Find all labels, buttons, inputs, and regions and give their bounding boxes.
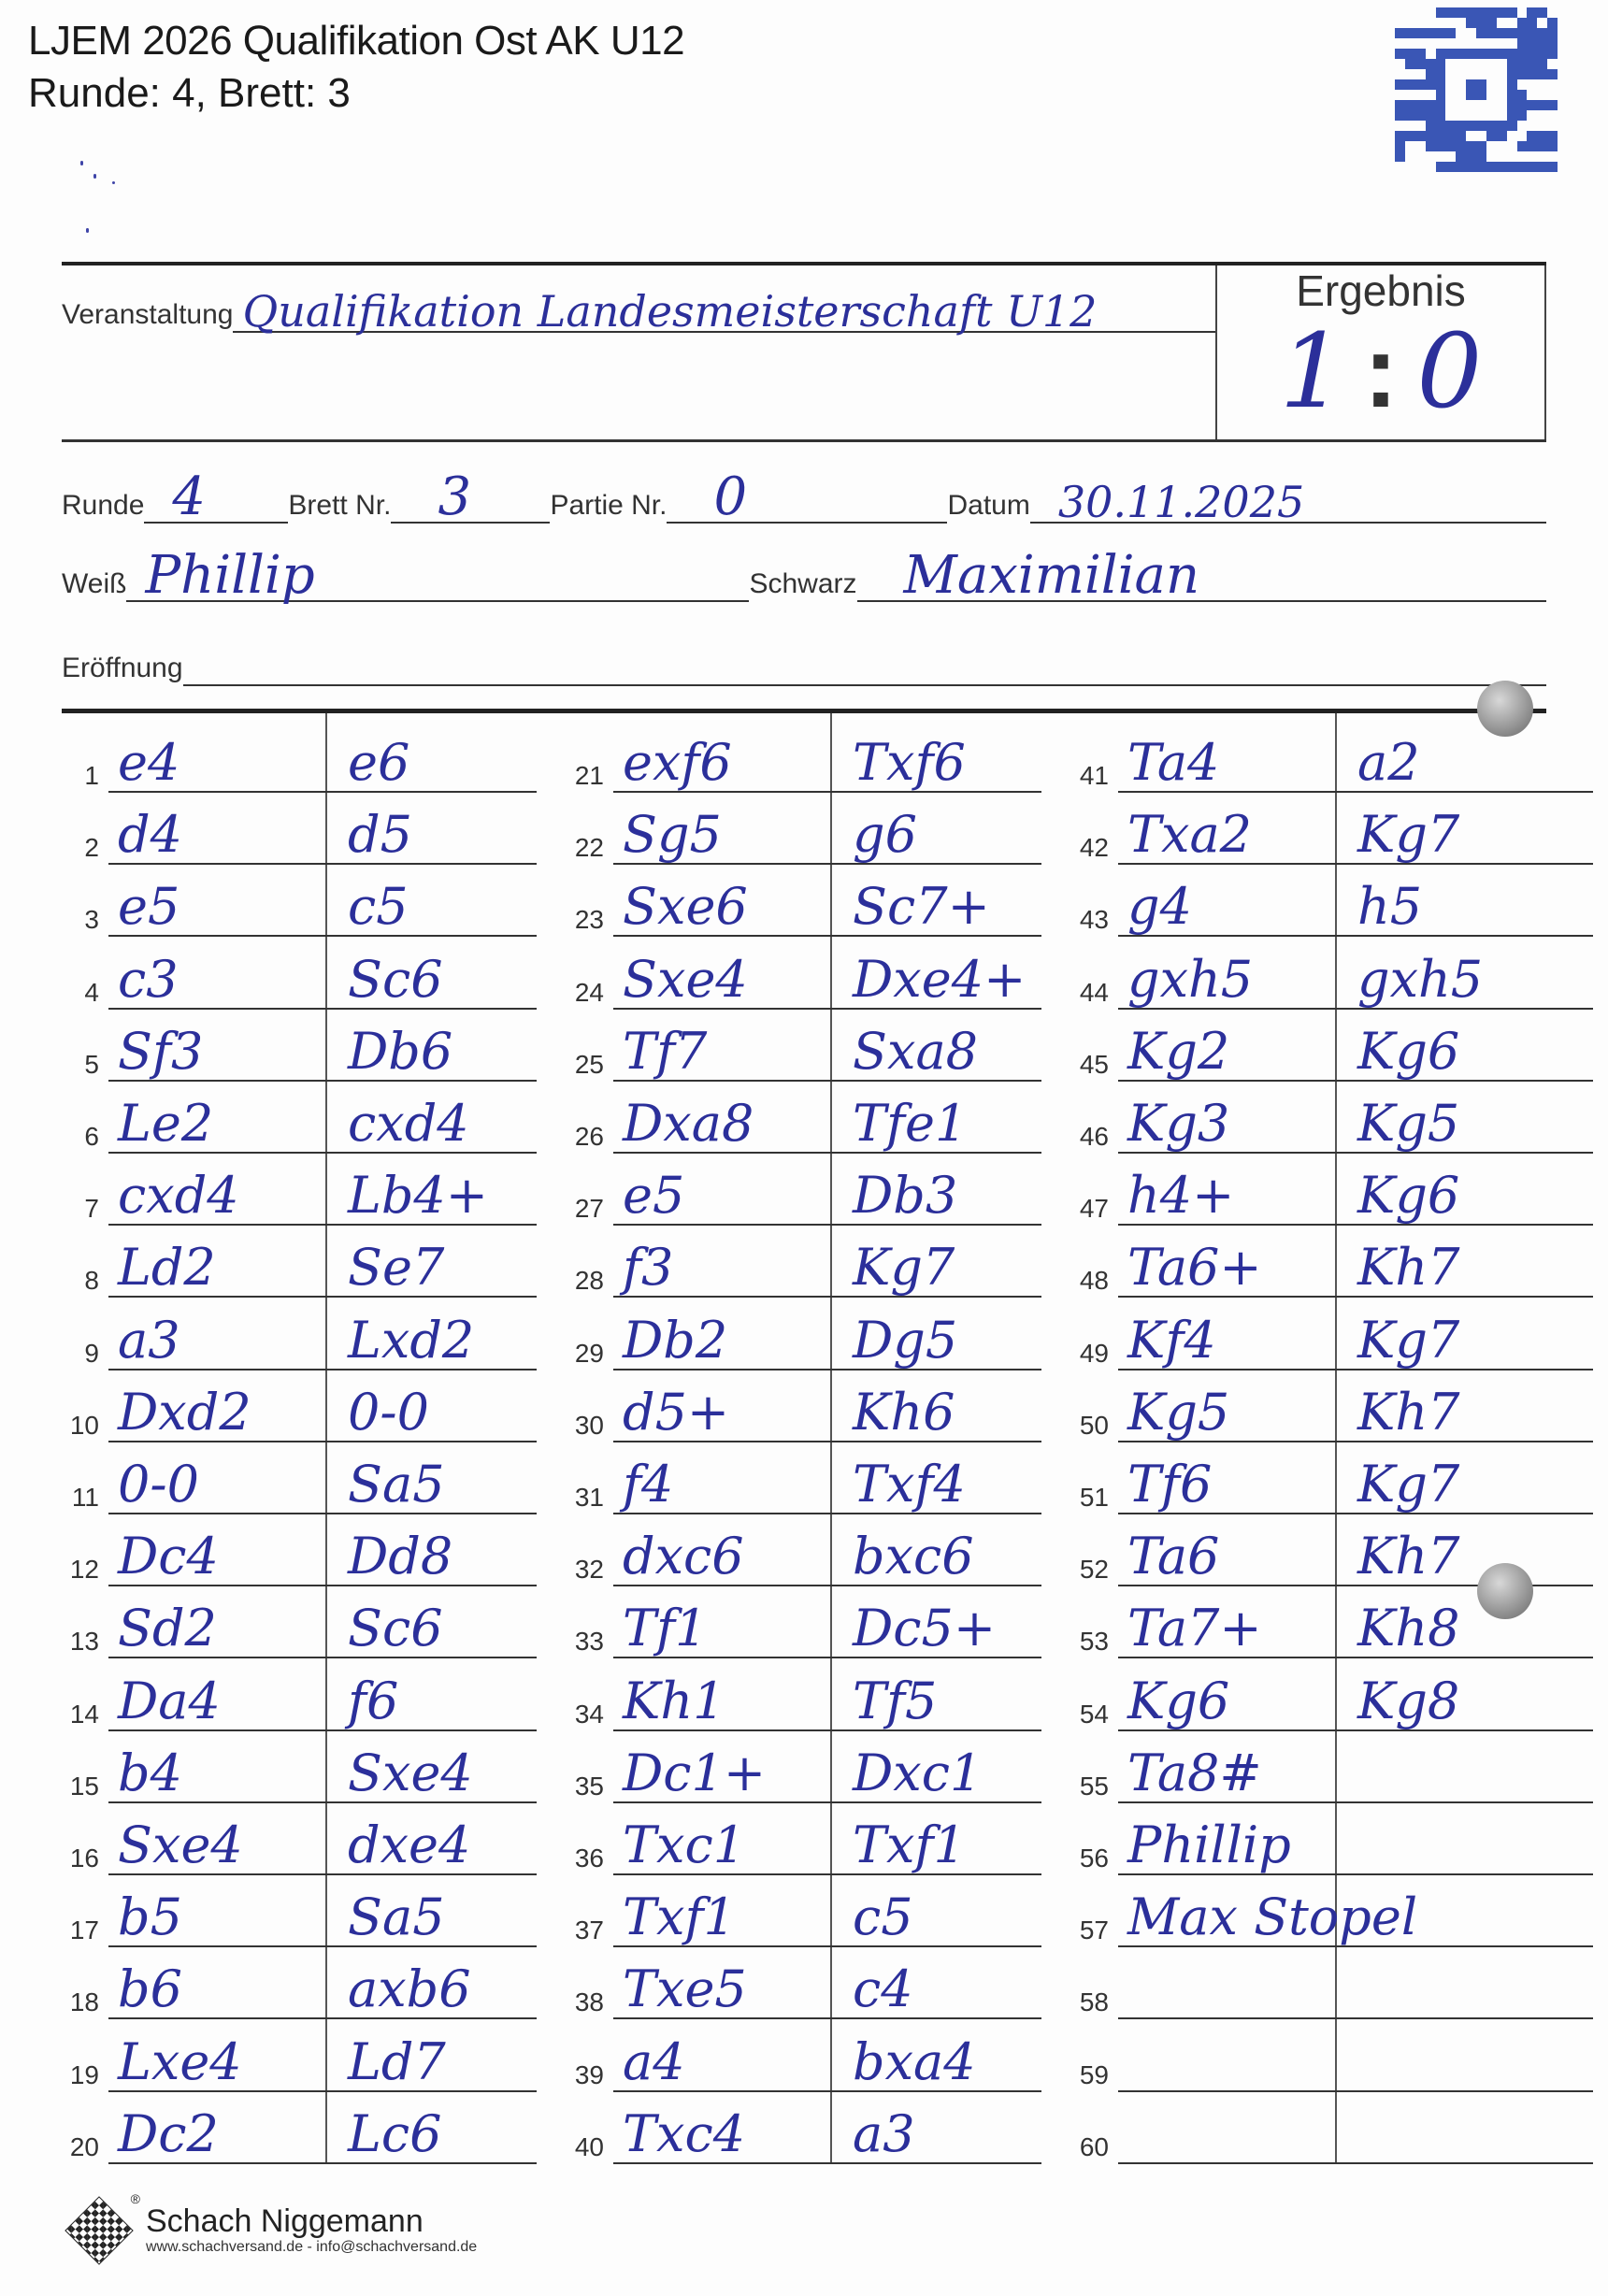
white-move[interactable]: Sxe4 [118,1815,243,1875]
move-row: 41Ta4a2 [1071,721,1546,793]
move-number: 54 [1071,1700,1109,1729]
move-row: 37Txf1c5 [567,1875,1041,1947]
white-move[interactable]: Kg5 [1127,1383,1229,1442]
move-row: 42Txa2Kg7 [1071,793,1546,865]
move-number: 37 [567,1916,604,1945]
move-row: 26Dxa8Tfe1 [567,1082,1041,1154]
black-move[interactable]: c5 [348,877,409,937]
move-row: 6Le2cxd4 [62,1082,537,1154]
white-move[interactable]: h4+ [1127,1166,1234,1226]
date-value: 30.11.2025 [1058,477,1304,527]
black-move[interactable]: Dxe4+ [853,950,1026,1010]
move-number: 35 [567,1772,604,1801]
result-black: 0 [1416,311,1482,431]
move-number: 3 [62,905,99,935]
white-move[interactable]: Sg5 [623,805,722,865]
white-move[interactable]: Dxa8 [623,1094,754,1154]
white-move[interactable]: Kf4 [1127,1311,1216,1370]
white-move[interactable]: Txa2 [1127,805,1252,865]
page-title: LJEM 2026 Qualifikation Ost AK U12 [28,15,684,67]
white-move[interactable]: b6 [118,1959,182,2019]
move-number: 16 [62,1844,99,1873]
black-move[interactable]: d5 [348,805,412,865]
white-move[interactable]: Txc1 [623,1815,745,1875]
black-move[interactable]: Kh7 [1357,1238,1459,1298]
black-move[interactable]: Kg6 [1357,1166,1459,1226]
black-label: Schwarz [749,568,856,602]
white-move[interactable]: b4 [118,1744,182,1803]
event-field: Veranstaltung Qualifikation Landesmeiste… [62,290,1215,333]
black-move[interactable]: gxh5 [1357,950,1483,1010]
move-number: 46 [1071,1122,1109,1152]
punch-hole [1477,1563,1533,1619]
result-white: 1 [1280,311,1345,431]
move-row: 54Kg6Kg8 [1071,1659,1546,1731]
white-move[interactable]: Dc2 [118,2104,219,2164]
white-move[interactable]: Tf7 [623,1022,707,1082]
punch-hole [1477,681,1533,737]
move-number: 45 [1071,1050,1109,1080]
move-number: 23 [567,905,604,935]
game-input[interactable]: 0 [667,481,947,524]
round-input[interactable]: 4 [144,481,288,524]
move-number: 53 [1071,1627,1109,1657]
event-input[interactable]: Qualifikation Landesmeisterschaft U12 [233,290,1215,333]
white-move[interactable]: Txf1 [623,1887,736,1947]
move-row: 32dxc6bxc6 [567,1514,1041,1586]
black-move[interactable]: Kg7 [1357,1455,1459,1514]
board-value: 3 [438,466,471,527]
move-row: 48Ta6+Kh7 [1071,1226,1546,1298]
black-move[interactable]: Sa5 [348,1887,445,1947]
move-number: 31 [567,1483,604,1513]
black-move[interactable]: Txf1 [853,1815,966,1875]
black-move[interactable]: Kg5 [1357,1094,1459,1154]
move-number: 34 [567,1700,604,1729]
move-number: 11 [62,1483,99,1513]
move-row: 20Dc2Lc6 [62,2092,537,2164]
move-number: 30 [567,1411,604,1441]
black-move[interactable]: Kh8 [1357,1599,1459,1658]
move-number: 17 [62,1916,99,1945]
white-move[interactable]: Da4 [118,1672,221,1731]
move-row: 21exf6Txf6 [567,721,1041,793]
white-move[interactable]: Sd2 [118,1599,217,1658]
black-move[interactable]: Dg5 [853,1311,957,1370]
move-row: 8Ld2Se7 [62,1226,537,1298]
white-move[interactable]: f4 [623,1455,673,1514]
move-line [1118,2162,1593,2164]
move-number: 47 [1071,1194,1109,1224]
move-number: 25 [567,1050,604,1080]
move-row: 16Sxe4dxe4 [62,1803,537,1875]
move-row: 31f4Txf4 [567,1442,1041,1514]
black-move[interactable]: Lxd2 [348,1311,474,1370]
move-row: 17b5Sa5 [62,1875,537,1947]
move-number: 18 [62,1987,99,2017]
white-move[interactable]: Ta6 [1127,1527,1219,1586]
white-move[interactable]: Sf3 [118,1022,203,1082]
date-label: Datum [947,490,1029,524]
move-row: 56Phillip [1071,1803,1546,1875]
opening-label: Eröffnung [62,653,183,686]
publisher-footer: ® Schach Niggemann www.schachversand.de … [65,2197,477,2262]
black-move[interactable]: cxd4 [348,1094,469,1154]
move-row: 10Dxd20-0 [62,1370,537,1442]
move-number: 19 [62,2060,99,2090]
date-input[interactable]: 30.11.2025 [1030,481,1546,524]
white-move[interactable]: Ta6+ [1127,1238,1262,1298]
white-move[interactable]: Sxe4 [623,950,748,1010]
black-move[interactable]: Sc6 [348,1599,443,1658]
black-move[interactable]: a3 [853,2104,915,2164]
move-number: 22 [567,833,604,863]
black-move[interactable]: bxa4 [853,2032,976,2092]
move-number: 42 [1071,833,1109,863]
move-row: 5Sf3Db6 [62,1010,537,1082]
move-number: 7 [62,1194,99,1224]
move-number: 43 [1071,905,1109,935]
move-row: 30d5+Kh6 [567,1370,1041,1442]
move-row: 28f3Kg7 [567,1226,1041,1298]
move-row: 14Da4f6 [62,1659,537,1731]
move-row: 7cxd4Lb4+ [62,1154,537,1226]
black-move[interactable]: Kg7 [853,1238,955,1298]
white-move[interactable]: Txc4 [623,2104,745,2164]
opening-input[interactable] [183,643,1546,686]
move-row: 57Max Stopel [1071,1875,1546,1947]
result-box[interactable]: Ergebnis 1:0 [1215,265,1546,439]
white-move[interactable]: Kg2 [1127,1022,1229,1082]
white-label: Weiß [62,568,126,602]
ink-specks [75,157,131,241]
white-move[interactable]: e5 [118,877,179,937]
move-number: 2 [62,833,99,863]
move-number: 21 [567,761,604,791]
black-move[interactable]: h5 [1357,877,1422,937]
move-row: 36Txc1Txf1 [567,1803,1041,1875]
black-move[interactable]: Sc7+ [853,877,990,937]
move-number: 39 [567,2060,604,2090]
white-move[interactable]: Dxd2 [118,1383,251,1442]
move-row: 19Lxe4Ld7 [62,2020,537,2092]
move-row: 49Kf4Kg7 [1071,1299,1546,1370]
board-input[interactable]: 3 [391,481,550,524]
move-row: 38Txe5c4 [567,1947,1041,2019]
move-number: 24 [567,978,604,1008]
game-label: Partie Nr. [550,490,667,524]
move-row: 45Kg2Kg6 [1071,1010,1546,1082]
white-move[interactable]: gxh5 [1127,950,1253,1010]
move-number: 20 [62,2132,99,2162]
move-number: 1 [62,761,99,791]
brand-name: Schach Niggemann [146,2203,477,2239]
black-move[interactable]: Sa5 [348,1455,445,1514]
move-row: 27e5Db3 [567,1154,1041,1226]
move-number: 14 [62,1700,99,1729]
white-move[interactable]: dxc6 [623,1527,744,1586]
move-row: 55Ta8# [1071,1731,1546,1803]
white-move[interactable]: a3 [118,1311,180,1370]
move-number: 15 [62,1772,99,1801]
move-row: 22Sg5g6 [567,793,1041,865]
black-move[interactable]: Db6 [348,1022,452,1082]
move-row: 23Sxe6Sc7+ [567,865,1041,937]
white-move[interactable]: d5+ [623,1383,729,1442]
white-move[interactable]: d4 [118,805,182,865]
black-move[interactable]: Kg7 [1357,1311,1459,1370]
black-move[interactable]: 0-0 [348,1383,429,1442]
white-move[interactable]: Ld2 [118,1238,216,1298]
move-row: 13Sd2Sc6 [62,1586,537,1658]
white-player-value: Phillip [145,545,314,606]
move-row: 50Kg5Kh7 [1071,1370,1546,1442]
game-value: 0 [713,466,747,527]
white-move[interactable]: Ta4 [1127,733,1219,793]
white-move[interactable]: 0-0 [118,1455,199,1514]
move-row: 40Txc4a3 [567,2092,1041,2164]
move-row: 34Kh1Tf5 [567,1659,1041,1731]
move-row: 24Sxe4Dxe4+ [567,938,1041,1010]
black-move[interactable]: Kh7 [1357,1383,1459,1442]
qr-code-icon [1395,7,1558,172]
move-row: 29Db2Dg5 [567,1299,1041,1370]
move-number: 56 [1071,1844,1109,1873]
white-move[interactable]: Db2 [623,1311,727,1370]
move-row: 51Tf6Kg7 [1071,1442,1546,1514]
round-value: 4 [172,466,206,527]
move-number: 9 [62,1339,99,1369]
move-number: 8 [62,1266,99,1296]
white-move[interactable]: Le2 [118,1094,213,1154]
black-move[interactable]: Kg7 [1357,805,1459,865]
move-row: 47h4+Kg6 [1071,1154,1546,1226]
move-number: 6 [62,1122,99,1152]
black-move[interactable]: Sxe4 [348,1744,473,1803]
black-player-input[interactable]: Maximilian [857,559,1547,602]
move-row: 44gxh5gxh5 [1071,938,1546,1010]
move-row: 25Tf7Sxa8 [567,1010,1041,1082]
opening-row: Eröffnung [62,643,1546,686]
white-move[interactable]: Phillip [1127,1815,1291,1875]
white-move[interactable]: Tf6 [1127,1455,1212,1514]
move-number: 57 [1071,1916,1109,1945]
chess-king-logo-icon: ® [65,2197,131,2262]
round-info-row: Runde 4 Brett Nr. 3 Partie Nr. 0 Datum 3… [62,481,1546,524]
event-value: Qualifikation Landesmeisterschaft U12 [242,286,1097,337]
move-number: 13 [62,1627,99,1657]
move-number: 32 [567,1555,604,1585]
black-player-value: Maximilian [904,545,1200,606]
move-number: 59 [1071,2060,1109,2090]
black-move[interactable]: c5 [853,1887,913,1947]
move-number: 36 [567,1844,604,1873]
move-number: 52 [1071,1555,1109,1585]
move-number: 27 [567,1194,604,1224]
black-move[interactable]: Dd8 [348,1527,452,1586]
move-number: 50 [1071,1411,1109,1441]
move-row: 4c3Sc6 [62,938,537,1010]
white-move[interactable]: Ta8# [1127,1744,1262,1803]
move-number: 60 [1071,2132,1109,2162]
white-move[interactable]: e5 [623,1166,684,1226]
black-move[interactable]: c4 [853,1959,913,2019]
move-number: 29 [567,1339,604,1369]
black-move[interactable]: Kh6 [853,1383,955,1442]
move-number: 44 [1071,978,1109,1008]
move-row: 39a4bxa4 [567,2020,1041,2092]
white-move[interactable]: Txe5 [623,1959,747,2019]
board-label: Brett Nr. [288,490,391,524]
white-move[interactable]: cxd4 [118,1166,239,1226]
white-move[interactable]: g4 [1127,877,1192,937]
black-move[interactable]: e6 [348,733,409,793]
white-move[interactable]: exf6 [623,733,732,793]
move-number: 58 [1071,1987,1109,2017]
white-move[interactable]: b5 [118,1887,182,1947]
move-row: 18b6axb6 [62,1947,537,2019]
white-move[interactable]: Kg3 [1127,1094,1229,1154]
black-move[interactable]: axb6 [348,1959,471,2019]
move-number: 40 [567,2132,604,2162]
registered-mark: ® [131,2191,140,2206]
move-number: 41 [1071,761,1109,791]
black-move[interactable]: Kg8 [1357,1672,1459,1731]
move-number: 26 [567,1122,604,1152]
move-number: 33 [567,1627,604,1657]
white-move[interactable]: e4 [118,733,179,793]
move-row: 53Ta7+Kh8 [1071,1586,1546,1658]
white-move[interactable]: f3 [623,1238,673,1298]
move-row: 1e4e6 [62,721,537,793]
white-player-input[interactable]: Phillip [126,559,749,602]
move-number: 4 [62,978,99,1008]
black-move[interactable]: Lc6 [348,2104,441,2164]
black-move[interactable]: Se7 [348,1238,444,1298]
move-row: 15b4Sxe4 [62,1731,537,1803]
black-move[interactable]: Kh7 [1357,1527,1459,1586]
black-move[interactable]: g6 [853,805,917,865]
move-number: 28 [567,1266,604,1296]
brand-contact: www.schachversand.de - info@schachversan… [146,2239,477,2256]
result-label: Ergebnis [1217,265,1544,316]
black-move[interactable]: Tfe1 [853,1094,967,1154]
move-row: 46Kg3Kg5 [1071,1082,1546,1154]
move-number: 48 [1071,1266,1109,1296]
event-label: Veranstaltung [62,299,233,333]
white-move[interactable]: Lxe4 [118,2032,242,2092]
black-move[interactable]: Sxa8 [853,1022,978,1082]
event-header-box: Veranstaltung Qualifikation Landesmeiste… [62,262,1546,442]
black-move[interactable]: Txf4 [853,1455,966,1514]
move-number: 55 [1071,1772,1109,1801]
players-row: Weiß Phillip Schwarz Maximilian [62,559,1546,602]
move-row: 3e5c5 [62,865,537,937]
black-move[interactable]: f6 [348,1672,398,1731]
white-move[interactable]: Dc1+ [623,1744,766,1803]
white-move[interactable]: Kg6 [1127,1672,1229,1731]
move-number: 12 [62,1555,99,1585]
black-move[interactable]: Txf6 [853,733,966,793]
move-row: 59 [1071,2020,1546,2092]
move-row: 110-0Sa5 [62,1442,537,1514]
move-number: 10 [62,1411,99,1441]
black-move[interactable]: bxc6 [853,1527,974,1586]
white-move[interactable]: Dc4 [118,1527,219,1586]
move-number: 49 [1071,1339,1109,1369]
move-row: 35Dc1+Dxc1 [567,1731,1041,1803]
move-row: 12Dc4Dd8 [62,1514,537,1586]
move-row: 60 [1071,2092,1546,2164]
black-move[interactable]: a2 [1357,733,1420,793]
move-row: 2d4d5 [62,793,537,865]
black-move[interactable]: Sc6 [348,950,443,1010]
white-move[interactable]: a4 [623,2032,685,2092]
black-move[interactable]: dxe4 [348,1815,470,1875]
black-move[interactable]: Tf5 [853,1672,937,1731]
move-row: 43g4h5 [1071,865,1546,937]
white-move[interactable]: Ta7+ [1127,1599,1262,1658]
move-number: 5 [62,1050,99,1080]
move-row: 58 [1071,1947,1546,2019]
black-move[interactable]: Ld7 [348,2032,446,2092]
move-row: 9a3Lxd2 [62,1299,537,1370]
black-move[interactable]: Dc5+ [853,1599,996,1658]
move-table: 1e4e62d4d53e5c54c3Sc65Sf3Db66Le2cxd47cxd… [62,709,1546,713]
black-move[interactable]: Lb4+ [348,1166,488,1226]
white-move[interactable]: c3 [118,950,179,1010]
white-move[interactable]: Tf1 [623,1599,707,1658]
black-move[interactable]: Dxc1 [853,1744,982,1803]
white-move[interactable]: Sxe6 [623,877,748,937]
black-move[interactable]: Kg6 [1357,1022,1459,1082]
white-move[interactable]: Max Stopel [1127,1887,1417,1947]
move-row: 33Tf1Dc5+ [567,1586,1041,1658]
round-label: Runde [62,490,144,524]
move-number: 51 [1071,1483,1109,1513]
white-move[interactable]: Kh1 [623,1672,725,1731]
move-number: 38 [567,1987,604,2017]
round-board-subtitle: Runde: 4, Brett: 3 [28,67,351,120]
black-move[interactable]: Db3 [853,1166,957,1226]
move-row: 52Ta6Kh7 [1071,1514,1546,1586]
result-value: 1:0 [1217,320,1544,423]
